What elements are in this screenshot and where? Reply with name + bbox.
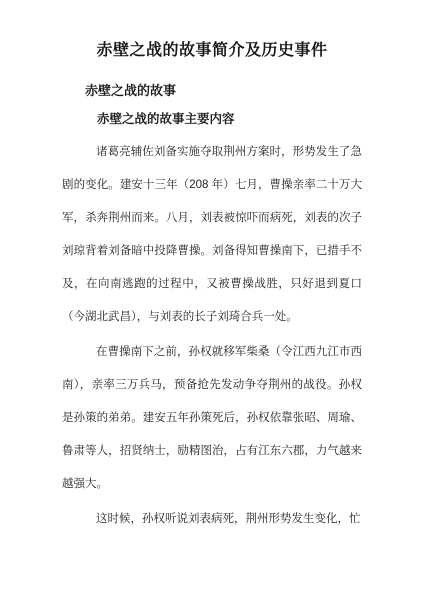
document-title: 赤壁之战的故事简介及历史事件 <box>62 40 362 62</box>
paragraph-1: 诸葛亮辅佐刘备实施夺取荆州方案时，形势发生了急剧的变化。建安十三年（208 年）… <box>62 136 362 334</box>
document-page: 赤壁之战的故事简介及历史事件 赤壁之战的故事 赤壁之战的故事主要内容 诸葛亮辅佐… <box>0 0 424 600</box>
content-subheading: 赤壁之战的故事主要内容 <box>97 110 362 128</box>
paragraph-3: 这时候，孙权听说刘表病死，荆州形势发生变化，忙 <box>62 503 362 536</box>
story-heading: 赤壁之战的故事 <box>85 82 362 100</box>
paragraph-2: 在曹操南下之前，孙权就移军柴桑（令江西九江市西南），亲率三万兵马，预备抢先发动争… <box>62 336 362 501</box>
